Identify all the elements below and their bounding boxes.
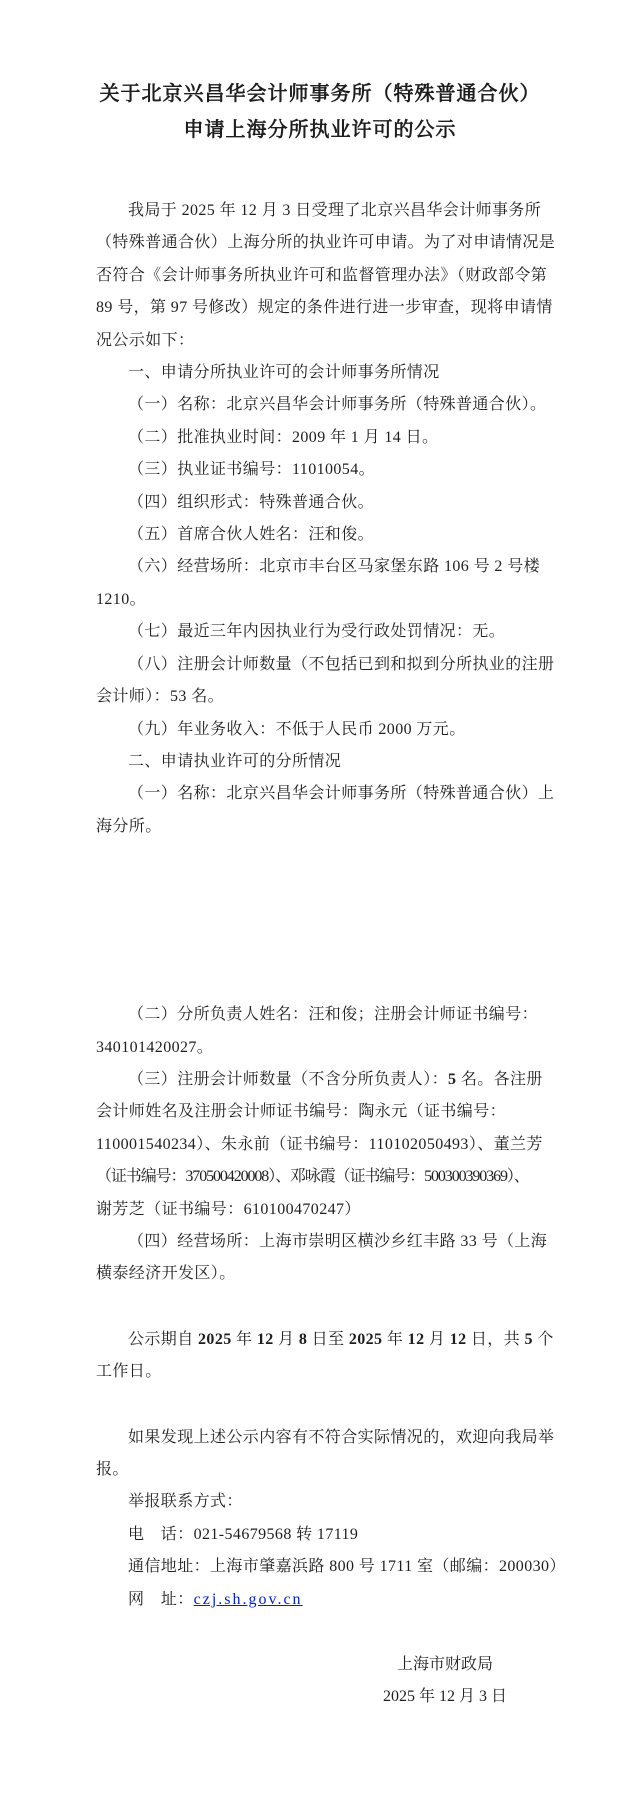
text-segment: 5: [525, 1331, 533, 1348]
document-line: （五）首席合伙人姓名：汪和俊。: [96, 519, 545, 551]
text-segment: 12: [408, 1331, 425, 1348]
text-segment: 横泰经济开发区）。: [96, 1265, 236, 1282]
text-segment: 2025: [198, 1331, 232, 1348]
document-line: 1210。: [96, 584, 545, 616]
text-segment: 年: [382, 1331, 407, 1348]
text-segment: 年: [232, 1331, 257, 1348]
text-segment: 举报联系方式：: [128, 1493, 243, 1510]
document-line: 网 址：czj.sh.gov.cn: [96, 1584, 545, 1616]
document-line: 会计师）：53 名。: [96, 681, 545, 713]
document-line: （证书编号：370500420008）、邓咏霞（证书编号：50030039036…: [96, 1161, 545, 1193]
text-segment: 12: [257, 1331, 274, 1348]
text-segment: （二）批准执业时间：2009 年 1 月 14 日。: [128, 429, 438, 446]
text-segment: 网 址：: [128, 1591, 194, 1608]
document-line: （一）名称：北京兴昌华会计师事务所（特殊普通合伙）上: [96, 778, 545, 810]
document-line: （一）名称：北京兴昌华会计师事务所（特殊普通合伙）。: [96, 389, 545, 421]
document-line: 举报联系方式：: [96, 1486, 545, 1518]
text-segment: 二、申请执业许可的分所情况: [128, 753, 341, 770]
paragraph-gap: [96, 1389, 545, 1422]
document-body: 我局于 2025 年 12 月 3 日受理了北京兴昌华会计师事务所（特殊普通合伙…: [0, 195, 640, 1616]
document-line: 通信地址：上海市肇嘉浜路 800 号 1711 室（邮编：200030）: [96, 1551, 545, 1583]
text-segment: 89 号，第 97 号修改）规定的条件进行进一步审查，现将申请情: [96, 299, 553, 316]
document-line: 工作日。: [96, 1356, 545, 1388]
text-segment: （四）经营场所：上海市崇明区横沙乡红丰路 33 号（上海: [128, 1233, 547, 1250]
document-line: 89 号，第 97 号修改）规定的条件进行进一步审查，现将申请情: [96, 292, 545, 324]
text-segment: （五）首席合伙人姓名：汪和俊。: [128, 526, 374, 543]
document-line: （三）注册会计师数量（不含分所负责人）：5 名。各注册: [96, 1064, 545, 1096]
text-segment: 况公示如下：: [96, 332, 194, 349]
paragraph-gap: [96, 1291, 545, 1324]
signature-block: 上海市财政局 2025 年 12 月 3 日: [345, 1649, 545, 1714]
document-line: （六）经营场所：北京市丰台区马家堡东路 106 号 2 号楼: [96, 551, 545, 583]
text-segment: 电 话：021-54679568 转 17119: [128, 1526, 358, 1543]
document-line: 海分所。: [96, 811, 545, 843]
text-segment: （特殊普通合伙）上海分所的执业许可申请。为了对申请情况是: [96, 234, 555, 251]
text-segment: 通信地址：上海市肇嘉浜路 800 号 1711 室（邮编：200030）: [128, 1558, 566, 1575]
website-link[interactable]: czj.sh.gov.cn: [194, 1591, 303, 1608]
text-segment: 如果发现上述公示内容有不符合实际情况的，欢迎向我局举: [128, 1429, 554, 1446]
text-segment: （二）分所负责人姓名：汪和俊；注册会计师证书编号：: [128, 1006, 538, 1023]
document-line: 横泰经济开发区）。: [96, 1258, 545, 1290]
document-line: （三）执业证书编号：11010054。: [96, 454, 545, 486]
text-segment: 工作日。: [96, 1363, 162, 1380]
document-line: （七）最近三年内因执业行为受行政处罚情况：无。: [96, 616, 545, 648]
text-segment: 公示期自: [128, 1331, 198, 1348]
document-line: （九）年业务收入：不低于人民币 2000 万元。: [96, 714, 545, 746]
document-line: 如果发现上述公示内容有不符合实际情况的，欢迎向我局举: [96, 1422, 545, 1454]
issuer-name: 上海市财政局: [345, 1649, 545, 1681]
document-line: 我局于 2025 年 12 月 3 日受理了北京兴昌华会计师事务所: [96, 195, 545, 227]
text-segment: （六）经营场所：北京市丰台区马家堡东路 106 号 2 号楼: [128, 558, 540, 575]
notice-document: 关于北京兴昌华会计师事务所（特殊普通合伙） 申请上海分所执业许可的公示 我局于 …: [0, 0, 640, 1810]
text-segment: 1210。: [96, 591, 146, 608]
text-segment: （三）执业证书编号：11010054。: [128, 461, 375, 478]
document-line: （四）经营场所：上海市崇明区横沙乡红丰路 33 号（上海: [96, 1226, 545, 1258]
text-segment: 月: [274, 1331, 299, 1348]
text-segment: （八）注册会计师数量（不包括已到和拟到分所执业的注册: [128, 656, 554, 673]
text-segment: （四）组织形式：特殊普通合伙。: [128, 494, 374, 511]
document-line: 否符合《会计师事务所执业许可和监督管理办法》（财政部令第: [96, 260, 545, 292]
document-line: （二）批准执业时间：2009 年 1 月 14 日。: [96, 422, 545, 454]
text-segment: 一、申请分所执业许可的会计师事务所情况: [128, 364, 440, 381]
text-segment: 会计师姓名及注册会计师证书编号：陶永元（证书编号：: [96, 1103, 506, 1120]
text-segment: 我局于 2025 年 12 月 3 日受理了北京兴昌华会计师事务所: [128, 202, 541, 219]
text-segment: 谢芳芝（证书编号：610100470247）: [96, 1201, 361, 1218]
text-segment: 报。: [96, 1461, 129, 1478]
document-line: 电 话：021-54679568 转 17119: [96, 1519, 545, 1551]
paragraph-gap: [96, 843, 545, 999]
text-segment: （七）最近三年内因执业行为受行政处罚情况：无。: [128, 623, 505, 640]
notice-title-line-2: 申请上海分所执业许可的公示: [0, 112, 640, 148]
document-line: 报。: [96, 1454, 545, 1486]
notice-title: 关于北京兴昌华会计师事务所（特殊普通合伙） 申请上海分所执业许可的公示: [0, 0, 640, 148]
issue-date: 2025 年 12 月 3 日: [345, 1681, 545, 1713]
text-segment: 日至: [307, 1331, 349, 1348]
text-segment: 2025: [349, 1331, 383, 1348]
text-segment: 会计师）：53 名。: [96, 688, 224, 705]
text-segment: （三）注册会计师数量（不含分所负责人）：: [128, 1071, 448, 1088]
text-segment: 110001540234）、朱永前（证书编号：110102050493）、董兰芳: [96, 1136, 543, 1153]
text-segment: 月: [424, 1331, 449, 1348]
document-line: （四）组织形式：特殊普通合伙。: [96, 487, 545, 519]
document-line: （八）注册会计师数量（不包括已到和拟到分所执业的注册: [96, 649, 545, 681]
text-segment: （证书编号：370500420008）、邓咏霞（证书编号：50030039036…: [96, 1168, 529, 1185]
document-line: 公示期自 2025 年 12 月 8 日至 2025 年 12 月 12 日，共…: [96, 1324, 545, 1356]
document-line: （二）分所负责人姓名：汪和俊；注册会计师证书编号：: [96, 999, 545, 1031]
document-line: 340101420027。: [96, 1032, 545, 1064]
document-line: 一、申请分所执业许可的会计师事务所情况: [96, 357, 545, 389]
text-segment: 日，共: [467, 1331, 525, 1348]
document-line: 110001540234）、朱永前（证书编号：110102050493）、董兰芳: [96, 1129, 545, 1161]
text-segment: 名。各注册: [456, 1071, 542, 1088]
document-line: （特殊普通合伙）上海分所的执业许可申请。为了对申请情况是: [96, 227, 545, 259]
text-segment: 340101420027。: [96, 1039, 213, 1056]
text-segment: （一）名称：北京兴昌华会计师事务所（特殊普通合伙）。: [128, 396, 546, 413]
notice-title-line-1: 关于北京兴昌华会计师事务所（特殊普通合伙）: [0, 76, 640, 112]
text-segment: 海分所。: [96, 818, 162, 835]
text-segment: 否符合《会计师事务所执业许可和监督管理办法》（财政部令第: [96, 267, 547, 284]
text-segment: 8: [299, 1331, 307, 1348]
document-line: 况公示如下：: [96, 325, 545, 357]
text-segment: 12: [450, 1331, 467, 1348]
document-line: 二、申请执业许可的分所情况: [96, 746, 545, 778]
text-segment: 个: [533, 1331, 554, 1348]
document-line: 会计师姓名及注册会计师证书编号：陶永元（证书编号：: [96, 1096, 545, 1128]
document-line: 谢芳芝（证书编号：610100470247）: [96, 1194, 545, 1226]
text-segment: （一）名称：北京兴昌华会计师事务所（特殊普通合伙）上: [128, 785, 554, 802]
text-segment: （九）年业务收入：不低于人民币 2000 万元。: [128, 721, 466, 738]
